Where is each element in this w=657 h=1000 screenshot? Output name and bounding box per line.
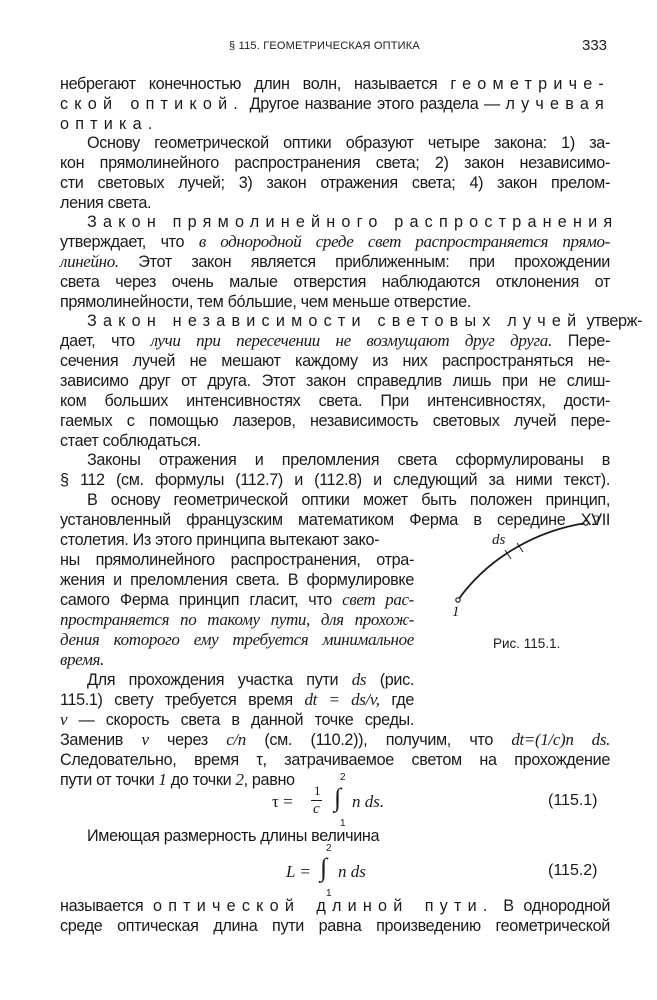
italic-statement: свет рас- [342,590,414,609]
text-line: дения которого ему требуется минимальное [60,630,414,650]
spaced-term: геометриче- [450,75,610,93]
text-line: Следовательно, время τ, затрачиваемое св… [60,750,610,770]
figure-caption: Рис. 115.1. [493,636,560,651]
text-line: v — скорость света в данной точке среды. [60,710,414,730]
integral-sign: ∫ [320,853,327,883]
text-line: 115.1) свету требуется время dt = ds/v, … [60,690,414,710]
equation-number: (115.2) [548,862,598,880]
text-line: ком больших интенсивностях света. При ин… [60,391,610,411]
text-line: прямолинейности, тем бóльшие, чем меньше… [60,292,610,312]
text-line: стает соблюдаться. [60,431,610,451]
page-number: 333 [582,37,607,54]
text-line: Законы отражения и преломления света сфо… [87,450,610,470]
segment-ds-label: ds [492,532,505,549]
text-line: оптика. [60,114,610,134]
text-line: света через очень малые отверстия наблюд… [60,272,610,292]
fraction-numerator: 1 [314,783,321,799]
point-2-label: 2 [592,513,600,530]
text-line: время. [60,650,414,670]
point-2-marker [584,521,588,525]
text-line: самого Ферма принцип гласит, что свет ра… [60,590,414,610]
text-line: ны прямолинейного распространения, отра- [60,550,414,570]
text-line: жения и преломления света. В формулировк… [60,570,414,590]
italic-statement: в однородной среде свет распространяется… [199,232,610,251]
text-line: сти световых лучей; 3) закон отражения с… [60,173,610,193]
text-line: дает, что лучи при пересечении не возмущ… [60,331,610,351]
italic-statement: лучи при пересечении не возмущают друг д… [151,331,552,350]
spaced-term: лучевая [505,95,610,113]
text-line: Заменив v через c/n (см. (110.2)), получ… [60,730,610,750]
text-line: называется оптической длиной пути. В одн… [60,896,610,916]
text-line: гаемых с помощью лазеров, независимость … [60,411,610,431]
equation-number: (115.1) [548,792,598,810]
spaced-term: Закон прямолинейного распространения [87,212,610,232]
text-line: В основу геометрической оптики может быт… [87,490,610,510]
text-line: утверждает, что в однородной среде свет … [60,232,610,252]
text-line: кон прямолинейного распространения света… [60,153,610,173]
text-line: ления света. [60,193,610,213]
text-line: небрегают конечностью длин волн, называе… [60,74,610,94]
book-page: § 115. ГЕОМЕТРИЧЕСКАЯ ОПТИКА 333 небрега… [0,0,657,1000]
text-line: § 112 (см. формулы (112.7) и (112.8) и с… [60,470,610,490]
spaced-term: оптика. [60,115,159,133]
text-line: линейно. Этот закон является приближенны… [60,252,610,272]
text-line: среде оптическая длина пути равна произв… [60,916,610,936]
spaced-term: Закон независимости световых лучей [87,312,582,330]
spaced-term: ской оптикой. [60,95,244,113]
text-line: Имеющая размерность длины величина [87,826,610,846]
point-1-label: 1 [452,604,460,621]
point-1-marker [456,598,460,602]
text-line: пространяется по такому пути, для прохож… [60,610,414,630]
text-line: зависимо друг от друга. Этот закон справ… [60,371,610,391]
text-line: Основу геометрической оптики образуют че… [87,133,610,153]
text-line: ской оптикой. Другое название этого разд… [60,94,610,114]
integral-sign: ∫ [334,783,341,813]
section-title: § 115. ГЕОМЕТРИЧЕСКАЯ ОПТИКА [229,40,420,52]
spaced-term: оптической длиной пути. [153,897,494,915]
running-head: § 115. ГЕОМЕТРИЧЕСКАЯ ОПТИКА 333 [0,40,657,60]
text-line: Закон независимости световых лучей утвер… [87,311,610,331]
text-line: сечения лучей не мешают каждому из них р… [60,351,610,371]
fraction-denominator: c [313,801,320,818]
text-line: Для прохождения участка пути ds (рис. [87,670,414,690]
